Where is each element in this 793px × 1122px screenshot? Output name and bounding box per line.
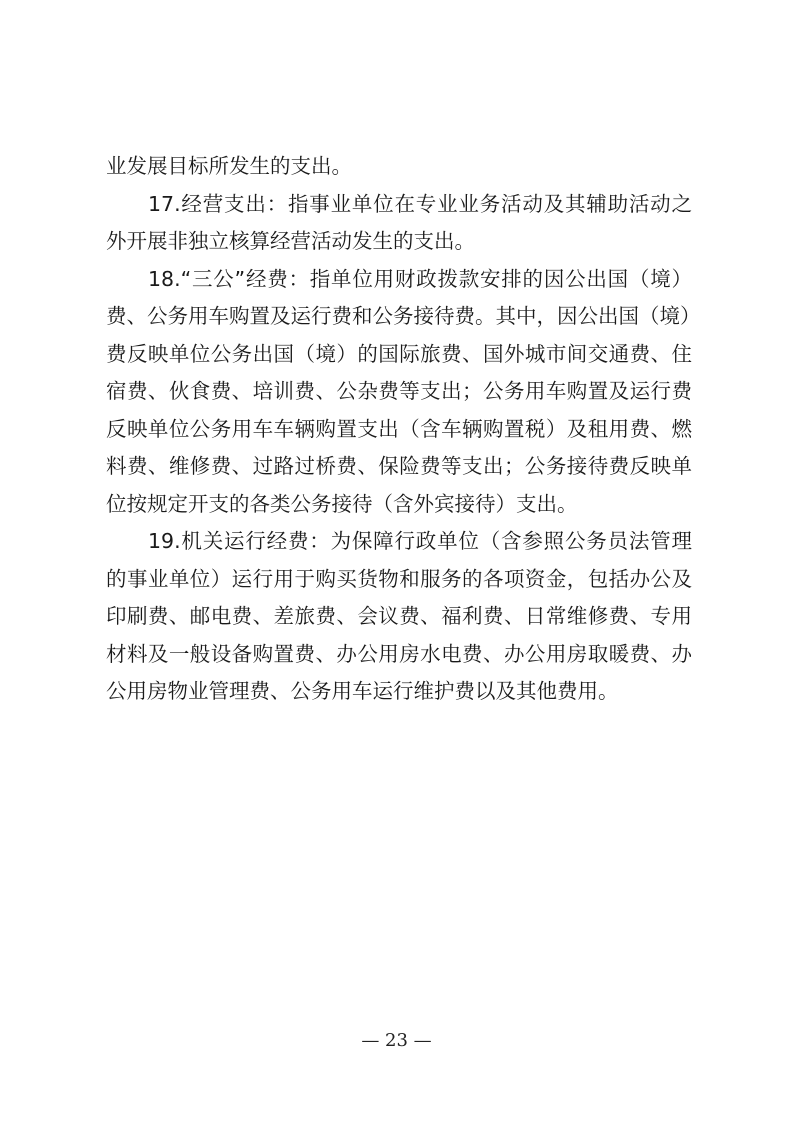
text-line: 公用房物业管理费、公务用车运行维护费以及其他费用。 [106, 673, 692, 710]
text-line: 费、公务用车购置及运行费和公务接待费。其中，因公出国（境） [106, 298, 692, 335]
text-line-item-17: 17.经营支出：指事业单位在专业业务活动及其辅助活动之 [106, 186, 692, 223]
text-line-item-18: 18.“三公”经费：指单位用财政拨款安排的因公出国（境） [106, 261, 692, 298]
text-line: 位按规定开支的各类公务接待（含外宾接待）支出。 [106, 486, 692, 523]
text-line: 宿费、伙食费、培训费、公杂费等支出；公务用车购置及运行费 [106, 373, 692, 410]
text-line: 印刷费、邮电费、差旅费、会议费、福利费、日常维修费、专用 [106, 598, 692, 635]
text-line: 料费、维修费、过路过桥费、保险费等支出；公务接待费反映单 [106, 448, 692, 485]
text-line: 的事业单位）运行用于购买货物和服务的各项资金，包括办公及 [106, 561, 692, 598]
text-line-continuation-16: 业发展目标所发生的支出。 [106, 148, 692, 185]
text-line: 材料及一般设备购置费、办公用房水电费、办公用房取暖费、办 [106, 636, 692, 673]
text-line: 外开展非独立核算经营活动发生的支出。 [106, 223, 692, 260]
text-line: 反映单位公务用车车辆购置支出（含车辆购置税）及租用费、燃 [106, 411, 692, 448]
text-line-item-19: 19.机关运行经费：为保障行政单位（含参照公务员法管理 [106, 523, 692, 560]
text-line: 费反映单位公务出国（境）的国际旅费、国外城市间交通费、住 [106, 336, 692, 373]
page-number: — 23 — [0, 1030, 793, 1051]
document-page: 业发展目标所发生的支出。 17.经营支出：指事业单位在专业业务活动及其辅助活动之… [0, 0, 793, 1122]
